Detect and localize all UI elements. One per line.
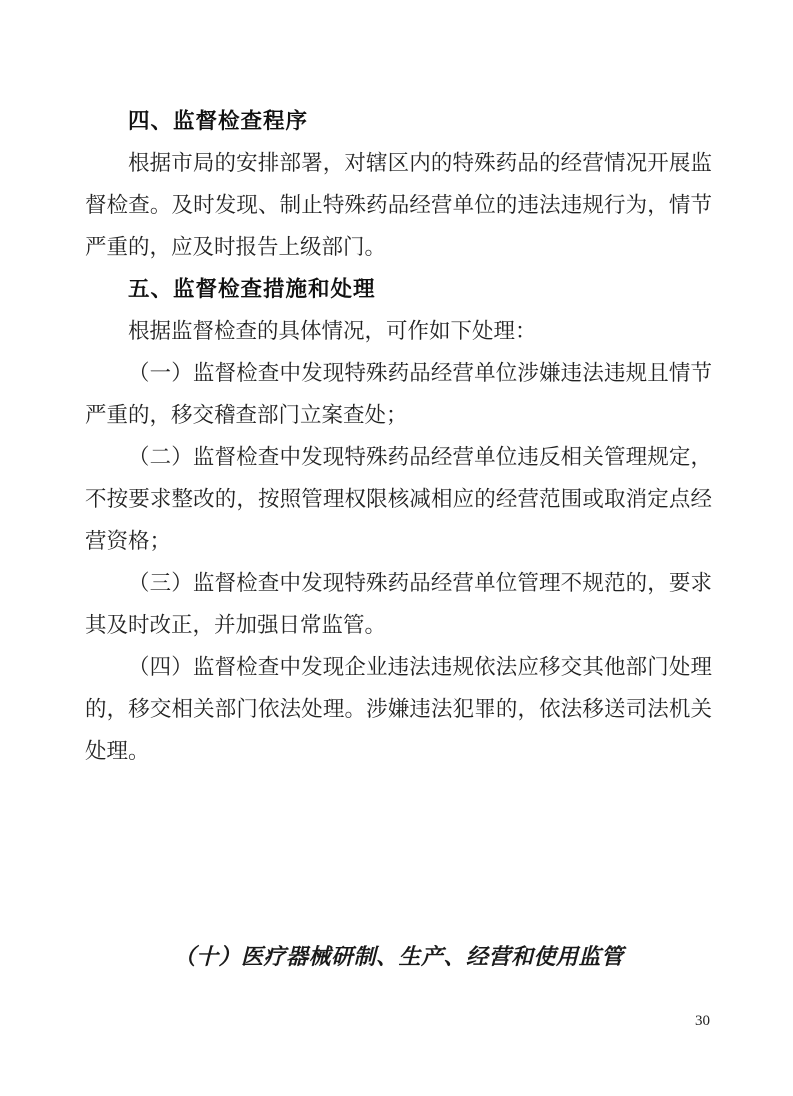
document-page: 四、监督检查程序 根据市局的安排部署，对辖区内的特殊药品的经营情况开展监督检查。…	[0, 0, 793, 1096]
paragraph-measure-item-3: （三）监督检查中发现特殊药品经营单位管理不规范的，要求其及时改正，并加强日常监管…	[85, 562, 712, 646]
section-heading-supervision-procedure: 四、监督检查程序	[85, 100, 712, 142]
page-number: 30	[85, 1012, 710, 1030]
paragraph-measures-intro: 根据监督检查的具体情况，可作如下处理：	[85, 310, 712, 352]
paragraph-measure-item-4: （四）监督检查中发现企业违法违规依法应移交其他部门处理的，移交相关部门依法处理。…	[85, 646, 712, 772]
document-content: 四、监督检查程序 根据市局的安排部署，对辖区内的特殊药品的经营情况开展监督检查。…	[85, 100, 712, 978]
section-heading-supervision-measures: 五、监督检查措施和处理	[85, 268, 712, 310]
paragraph-supervision-procedure-body: 根据市局的安排部署，对辖区内的特殊药品的经营情况开展监督检查。及时发现、制止特殊…	[85, 142, 712, 268]
paragraph-measure-item-2: （二）监督检查中发现特殊药品经营单位违反相关管理规定，不按要求整改的，按照管理权…	[85, 436, 712, 562]
paragraph-measure-item-1: （一）监督检查中发现特殊药品经营单位涉嫌违法违规且情节严重的，移交稽查部门立案查…	[85, 352, 712, 436]
chapter-heading-medical-devices: （十）医疗器械研制、生产、经营和使用监管	[85, 936, 712, 978]
